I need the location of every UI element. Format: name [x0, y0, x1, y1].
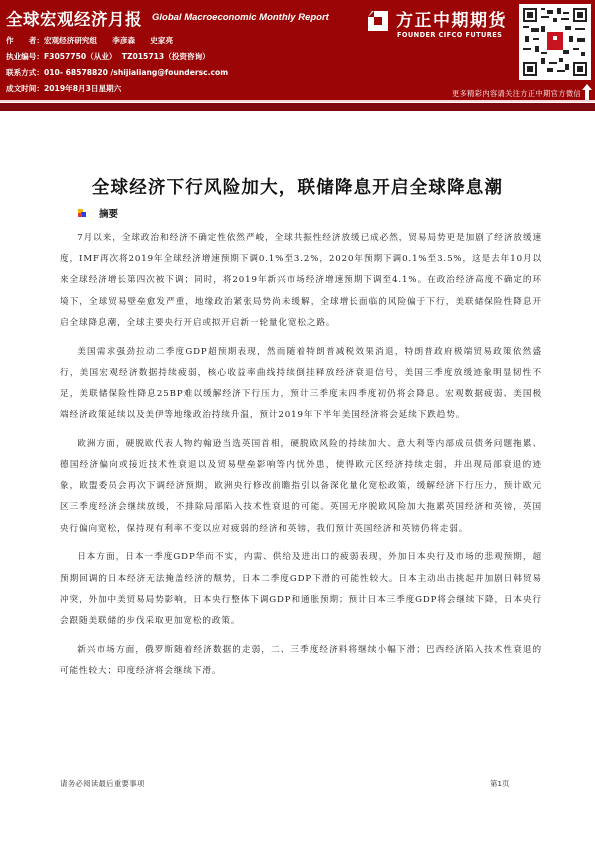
paragraph-emerging-markets: 新兴市场方面，俄罗斯随着经济数据的走弱，二、三季度经济料将继续小幅下滑；巴西经济…: [60, 640, 542, 682]
meta-date: 成文时间：2019年8月3日星期六: [6, 83, 121, 94]
wechat-follow-tip: 更多精彩内容请关注方正中期官方微信: [452, 89, 581, 99]
report-title-en: Global Macroeconomic Monthly Report: [152, 12, 329, 23]
logo-name-cn: 方正中期期货: [396, 6, 507, 31]
header-divider: [0, 100, 595, 102]
report-title: 全球宏观经济月报: [6, 6, 142, 30]
wechat-qr-code: [519, 4, 591, 80]
document-title: 全球经济下行风险加大，联储降息开启全球降息潮: [0, 174, 595, 199]
section-title: 摘要: [99, 206, 118, 220]
paragraph-japan: 日本方面，日本一季度GDP华而不实，内需、供给及进出口的疲弱表现，外加日本央行及…: [60, 547, 542, 632]
meta-authors: 作 者：宏观经济研究组 李彦森 史家亮: [6, 35, 173, 46]
contact-email[interactable]: 010- 68578820 /shijialiang@foundersc.com: [44, 68, 228, 77]
meta-contact: 联系方式：010- 68578820 /shijialiang@founders…: [6, 67, 228, 78]
logo-name-en: FOUNDER CIFCO FUTURES: [397, 31, 502, 39]
paragraph-global: 7月以来，全球政治和经济不确定性依然严峻，全球共振性经济放缓已成必然，贸易局势更…: [60, 228, 542, 334]
paragraph-us: 美国需求强劲拉动二季度GDP超预期表现，然而随着特朗普减税效果消退，特朗普政府极…: [60, 342, 542, 427]
report-header: 全球宏观经济月报 Global Macroeconomic Monthly Re…: [0, 0, 595, 100]
header-band: [0, 103, 595, 111]
logo-mark-icon: [366, 9, 390, 33]
section-heading: 摘要: [78, 206, 118, 220]
abstract-body: 7月以来，全球政治和经济不确定性依然严峻，全球共振性经济放缓已成必然，贸易局势更…: [60, 228, 542, 690]
qr-code-icon: [523, 8, 587, 76]
page-number: 第1页: [490, 778, 509, 789]
bullet-icon: [78, 209, 87, 218]
paragraph-europe: 欧洲方面，硬脱欧代表人物约翰逊当选英国首相，硬脱欧风险的持续加大、意大利等内部成…: [60, 434, 542, 540]
footer-disclaimer: 请务必阅读最后重要事项: [60, 778, 145, 789]
arrow-up-icon: [582, 84, 592, 100]
company-logo: 方正中期期货 FOUNDER CIFCO FUTURES: [366, 8, 512, 42]
meta-license: 执业编号：F3057750（从业） TZ015713（投资咨询）: [6, 51, 210, 62]
